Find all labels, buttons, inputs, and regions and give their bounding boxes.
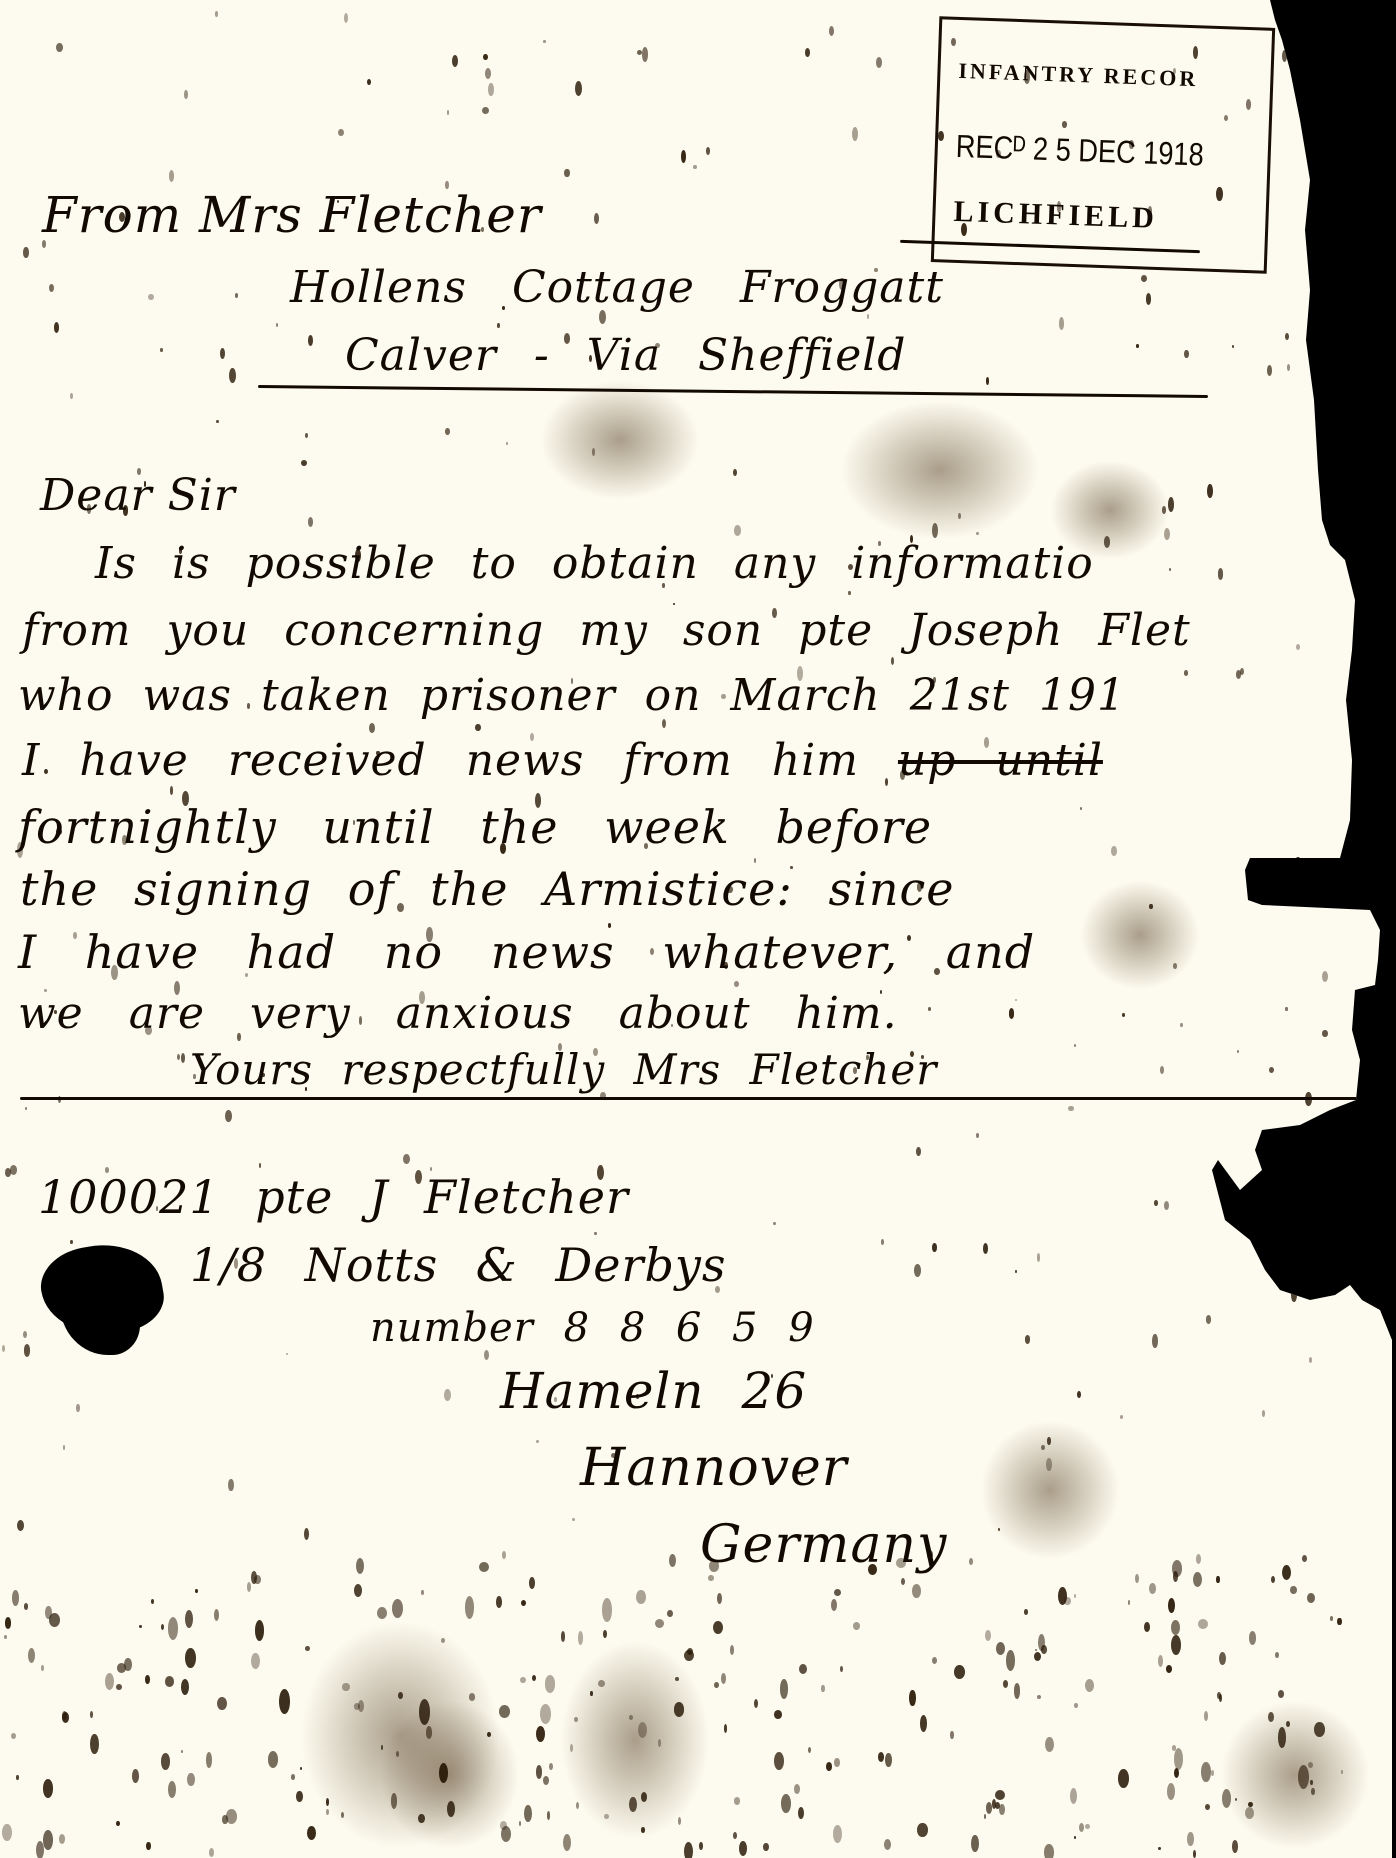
speckle xyxy=(1173,1571,1178,1582)
speckle xyxy=(1285,1007,1287,1011)
speckle xyxy=(326,1798,329,1806)
province-line: Hannover xyxy=(580,1438,848,1498)
speckle xyxy=(536,1765,542,1778)
speckle xyxy=(808,1747,811,1753)
speckle xyxy=(338,129,344,136)
speckle xyxy=(954,1665,965,1679)
letter-line: the signing of the Armistice: since xyxy=(20,862,954,916)
speckle xyxy=(251,1653,260,1670)
speckle xyxy=(220,348,225,359)
speckle xyxy=(986,1802,992,1813)
signature-underline xyxy=(20,1097,1360,1100)
speckle xyxy=(1348,1174,1354,1183)
speckle xyxy=(1267,365,1272,376)
speckle xyxy=(669,1554,676,1568)
speckle xyxy=(500,1821,507,1830)
speckle xyxy=(117,1663,126,1673)
speckle xyxy=(1245,1807,1254,1819)
speckle xyxy=(852,127,858,142)
speckle xyxy=(1184,350,1189,359)
soldier-number-line: number 8 8 6 5 9 xyxy=(370,1305,815,1351)
speckle xyxy=(419,1699,430,1725)
speckle xyxy=(1169,568,1171,571)
speckle xyxy=(1070,1788,1077,1804)
speckle xyxy=(1314,1722,1325,1736)
speckle xyxy=(105,1673,114,1690)
speckle xyxy=(1045,1737,1054,1752)
speckle xyxy=(45,1606,52,1619)
speckle xyxy=(1337,1618,1341,1626)
speckle xyxy=(1024,1609,1028,1614)
letter-line-text: I have received news from him xyxy=(22,735,859,786)
speckle xyxy=(1149,1583,1156,1594)
speckle xyxy=(1184,670,1188,675)
speckle xyxy=(773,1222,775,1225)
speckle xyxy=(1141,275,1147,282)
speckle xyxy=(578,1631,583,1644)
speckle xyxy=(62,1711,67,1720)
soldier-regiment-line: 1/8 Notts & Derbys xyxy=(190,1238,727,1292)
speckle xyxy=(1291,1288,1297,1302)
letter-paper: INFANTRY RECOR RECᴰ 2 5 DEC 1918 LICHFIE… xyxy=(0,0,1396,1858)
speckle xyxy=(344,13,348,23)
speckle xyxy=(367,79,371,85)
speckle xyxy=(592,448,595,455)
speckle xyxy=(308,517,313,527)
speckle xyxy=(28,1648,35,1663)
speckle xyxy=(90,1711,93,1718)
speckle xyxy=(998,1528,1000,1531)
speckle xyxy=(1193,1572,1202,1587)
speckle xyxy=(950,1731,953,1739)
speckle xyxy=(17,1520,24,1531)
speckle xyxy=(1111,846,1117,857)
speckle xyxy=(1144,1622,1150,1632)
speckle xyxy=(59,1834,65,1844)
speckle xyxy=(354,1703,360,1709)
speckle xyxy=(667,1610,673,1618)
closing-signature: Yours respectfully Mrs Fletcher xyxy=(190,1045,937,1094)
speckle xyxy=(1162,506,1166,514)
speckle xyxy=(1278,1690,1284,1698)
speckle xyxy=(1173,963,1177,969)
speckle xyxy=(403,1154,409,1164)
stain xyxy=(540,380,700,500)
speckle xyxy=(185,1610,193,1628)
speckle xyxy=(1047,1437,1050,1445)
speckle xyxy=(116,1821,120,1826)
speckle xyxy=(1003,1680,1008,1688)
speckle xyxy=(1285,333,1289,340)
speckle xyxy=(1074,1836,1076,1839)
speckle xyxy=(1149,904,1152,909)
speckle xyxy=(41,1665,43,1671)
speckle xyxy=(1278,1217,1282,1226)
speckle xyxy=(901,1578,905,1585)
speckle xyxy=(296,1791,302,1802)
speckle xyxy=(1219,1694,1222,1702)
speckle xyxy=(594,213,599,224)
speckle xyxy=(165,1676,174,1687)
speckle xyxy=(1015,999,1017,1002)
speckle xyxy=(603,1630,607,1639)
speckle xyxy=(1287,364,1291,371)
speckle xyxy=(1237,1050,1239,1052)
speckle xyxy=(781,1794,791,1814)
speckle xyxy=(1249,1631,1257,1645)
speckle xyxy=(259,1163,261,1168)
speckle xyxy=(734,525,741,535)
speckle xyxy=(826,1762,832,1771)
speckle xyxy=(76,1404,80,1413)
speckle xyxy=(305,1646,309,1651)
speckle xyxy=(168,1617,178,1639)
speckle xyxy=(1164,528,1170,540)
speckle xyxy=(794,1784,800,1794)
speckle xyxy=(1275,1652,1279,1658)
speckle xyxy=(831,1599,837,1612)
speckle xyxy=(536,1440,539,1443)
speckle xyxy=(1187,1832,1194,1846)
speckle xyxy=(881,1239,884,1245)
speckle xyxy=(1207,484,1213,498)
speckle xyxy=(475,724,480,731)
speckle xyxy=(1034,1652,1041,1661)
speckle xyxy=(1218,568,1224,579)
speckle xyxy=(532,1675,536,1681)
speckle xyxy=(444,1389,451,1401)
speckle xyxy=(1158,1847,1161,1850)
speckle xyxy=(958,513,961,519)
speckle xyxy=(519,1821,521,1825)
speckle xyxy=(708,1575,713,1581)
speckle xyxy=(1298,1765,1309,1789)
speckle xyxy=(996,1642,1005,1655)
stain xyxy=(380,1700,520,1850)
speckle xyxy=(1064,1597,1071,1606)
speckle xyxy=(341,1812,344,1818)
speckle xyxy=(1074,1594,1076,1598)
speckle xyxy=(1015,1270,1017,1274)
speckle xyxy=(867,314,869,319)
speckle xyxy=(675,1677,679,1682)
speckle xyxy=(304,1528,309,1540)
speckle xyxy=(1205,1804,1210,1810)
speckle xyxy=(1198,1619,1208,1629)
speckle xyxy=(1166,1665,1172,1673)
speckle xyxy=(25,1107,27,1110)
speckle xyxy=(932,1243,936,1252)
speckle xyxy=(1248,1802,1252,1807)
speckle xyxy=(540,1704,551,1724)
speckle xyxy=(369,723,375,734)
camp-line: Hameln 26 xyxy=(500,1362,807,1420)
speckle xyxy=(1330,1616,1333,1621)
speckle xyxy=(884,1839,891,1850)
sender-line: From Mrs Fletcher xyxy=(42,186,542,244)
speckle xyxy=(564,169,569,177)
speckle xyxy=(214,1609,219,1621)
speckle xyxy=(774,1710,782,1719)
speckle xyxy=(521,1600,526,1606)
speckle xyxy=(1282,50,1287,62)
speckle xyxy=(909,1690,915,1706)
speckle xyxy=(151,1599,154,1604)
speckle xyxy=(655,1619,664,1628)
speckle xyxy=(24,1344,31,1356)
speckle xyxy=(177,1054,180,1060)
speckle xyxy=(1309,1357,1312,1364)
speckle xyxy=(891,657,894,665)
speckle xyxy=(821,1685,824,1693)
speckle xyxy=(279,1689,290,1714)
speckle xyxy=(268,1751,278,1768)
speckle xyxy=(1310,1780,1313,1785)
speckle xyxy=(724,1724,727,1733)
speckle xyxy=(1171,1635,1181,1655)
stamp-location: LICHFIELD xyxy=(953,195,1158,236)
speckle xyxy=(482,107,489,114)
letter-line: I have received news from him up until xyxy=(22,735,1103,786)
letter-line: from you concerning my son pte Joseph Fl… xyxy=(22,605,1191,656)
speckle xyxy=(1080,807,1083,811)
speckle xyxy=(969,1558,973,1565)
speckle xyxy=(447,1801,455,1817)
speckle xyxy=(684,1842,693,1858)
speckle xyxy=(1219,1652,1226,1665)
speckle xyxy=(70,1240,73,1244)
speckle xyxy=(920,1715,927,1731)
speckle xyxy=(1196,1554,1201,1564)
speckle xyxy=(999,1804,1005,1816)
speckle xyxy=(1296,857,1300,861)
speckle xyxy=(247,1582,252,1592)
speckle xyxy=(799,1664,807,1674)
speckle xyxy=(1335,456,1341,465)
speckle xyxy=(1044,1844,1054,1858)
speckle xyxy=(229,368,236,384)
speckle xyxy=(833,1825,842,1843)
salutation: Dear Sir xyxy=(40,470,236,521)
speckle xyxy=(161,1624,164,1630)
speckle xyxy=(739,1841,747,1856)
speckle xyxy=(1009,1008,1015,1019)
speckle xyxy=(693,165,697,169)
speckle xyxy=(5,1617,12,1629)
speckle xyxy=(216,420,218,423)
speckle xyxy=(574,1717,577,1722)
letter-line: we are very anxious about him. xyxy=(18,988,898,1039)
speckle xyxy=(1118,1769,1129,1788)
speckle xyxy=(1271,1576,1275,1583)
speckle xyxy=(1041,1645,1046,1654)
speckle xyxy=(421,1590,424,1595)
speckle xyxy=(733,1832,737,1839)
speckle xyxy=(717,1593,722,1604)
speckle xyxy=(392,1599,403,1618)
speckle xyxy=(774,1752,784,1770)
speckle xyxy=(148,294,154,301)
speckle xyxy=(638,1722,647,1738)
speckle xyxy=(1120,1415,1123,1419)
speckle xyxy=(217,1697,227,1711)
speckle xyxy=(1014,1683,1021,1699)
speckle xyxy=(984,1814,986,1819)
speckle xyxy=(1201,1762,1210,1782)
speckle xyxy=(1136,344,1139,348)
speckle xyxy=(1168,497,1174,512)
speckle xyxy=(43,1779,53,1798)
speckle xyxy=(496,1596,502,1608)
speckle xyxy=(928,1007,931,1011)
speckle xyxy=(734,981,739,987)
speckle xyxy=(1259,896,1262,900)
speckle xyxy=(848,591,851,596)
speckle xyxy=(1262,1410,1266,1418)
speckle xyxy=(721,1673,726,1684)
stain xyxy=(1220,1700,1370,1850)
speckle xyxy=(734,1797,741,1805)
speckle xyxy=(1311,1788,1314,1795)
speckle xyxy=(255,1620,264,1641)
speckle xyxy=(1307,1593,1315,1603)
speckle xyxy=(829,26,834,36)
speckle xyxy=(1302,1555,1307,1562)
speckle xyxy=(169,170,175,182)
speckle xyxy=(1128,1600,1130,1604)
speckle xyxy=(301,460,307,466)
speckle xyxy=(714,1682,719,1689)
speckle xyxy=(1232,1840,1238,1852)
speckle xyxy=(986,377,990,385)
speckle xyxy=(506,442,508,445)
speckle xyxy=(1146,293,1152,305)
speckle xyxy=(276,323,278,327)
speckle xyxy=(181,1679,189,1695)
speckle xyxy=(206,1752,212,1768)
speckle xyxy=(185,1648,196,1668)
speckle xyxy=(834,1758,839,1767)
speckle xyxy=(10,1165,17,1175)
speckle xyxy=(1232,345,1234,348)
speckle xyxy=(1068,1106,1073,1111)
speckle xyxy=(441,1638,445,1643)
speckle xyxy=(497,323,500,327)
speckle xyxy=(116,1684,122,1690)
speckle xyxy=(834,1589,841,1597)
stain xyxy=(1080,880,1200,990)
speckle xyxy=(1074,1044,1077,1047)
speckle xyxy=(780,1679,789,1699)
speckle xyxy=(291,1774,295,1779)
speckle xyxy=(976,1133,979,1138)
speckle xyxy=(914,1264,921,1277)
speckle xyxy=(418,1814,424,1823)
speckle xyxy=(1164,1201,1169,1210)
speckle xyxy=(1174,1748,1183,1770)
speckle xyxy=(1154,1200,1158,1206)
speckle xyxy=(488,83,494,96)
speckle xyxy=(146,1842,150,1850)
speckle xyxy=(1341,1770,1343,1773)
speckle xyxy=(56,43,62,52)
speckle xyxy=(730,1645,734,1655)
speckle xyxy=(971,1835,979,1853)
speckle xyxy=(447,110,449,115)
speckle xyxy=(1286,1721,1290,1727)
letter-line: I have had no news whatever, and xyxy=(18,925,1035,979)
speckle xyxy=(1158,1655,1163,1667)
speckle xyxy=(1085,1679,1094,1692)
speckle xyxy=(636,1590,646,1604)
speckle xyxy=(876,57,882,67)
speckle xyxy=(754,1699,758,1708)
speckle xyxy=(342,1683,350,1691)
speckle xyxy=(43,1830,53,1850)
speckle xyxy=(763,1843,769,1851)
speckle xyxy=(161,1753,170,1770)
speckle xyxy=(1219,1169,1225,1177)
soldier-service-line: 100021 pte J Fletcher xyxy=(38,1170,629,1224)
speckle xyxy=(916,1147,920,1156)
speckle xyxy=(160,348,163,352)
speckle xyxy=(195,1589,198,1594)
speckle xyxy=(524,1805,532,1822)
speckle xyxy=(805,48,810,57)
speckle xyxy=(484,1350,489,1360)
speckle xyxy=(1074,1703,1078,1708)
speckle xyxy=(5,1168,11,1177)
speckle xyxy=(1167,1783,1175,1800)
speckle xyxy=(1171,1620,1180,1635)
speckle xyxy=(713,1621,723,1634)
speckle xyxy=(215,11,219,17)
speckle xyxy=(1211,1770,1214,1776)
speckle xyxy=(1152,1334,1157,1348)
speckle xyxy=(1006,1650,1015,1671)
speckle xyxy=(485,68,491,79)
speckle xyxy=(1222,1789,1231,1808)
stamp-date: RECᴰ 2 5 DEC 1918 xyxy=(955,128,1204,174)
speckle xyxy=(139,1625,142,1628)
speckle xyxy=(426,1726,433,1739)
speckle xyxy=(1206,1315,1212,1324)
speckle xyxy=(706,147,710,155)
speckle xyxy=(549,1763,553,1770)
speckle xyxy=(16,1775,19,1780)
address-underline xyxy=(258,385,1208,398)
speckle xyxy=(629,1715,633,1720)
speckle xyxy=(520,1677,526,1684)
speckle xyxy=(798,1807,804,1819)
speckle xyxy=(12,1590,19,1606)
speckle xyxy=(326,1809,328,1815)
speckle xyxy=(1085,1824,1089,1829)
speckle xyxy=(499,1705,510,1718)
speckle xyxy=(356,1558,364,1574)
speckle xyxy=(543,40,546,43)
country-line: Germany xyxy=(700,1515,947,1575)
speckle xyxy=(54,322,59,333)
speckle xyxy=(1204,1711,1208,1720)
speckle xyxy=(354,1584,362,1597)
speckle xyxy=(181,1750,183,1753)
speckle xyxy=(995,1790,1005,1801)
speckle xyxy=(184,90,188,98)
speckle xyxy=(529,1577,535,1589)
letter-line: fortnightly until the week before xyxy=(18,800,932,854)
struck-out-text: up until xyxy=(898,735,1103,786)
